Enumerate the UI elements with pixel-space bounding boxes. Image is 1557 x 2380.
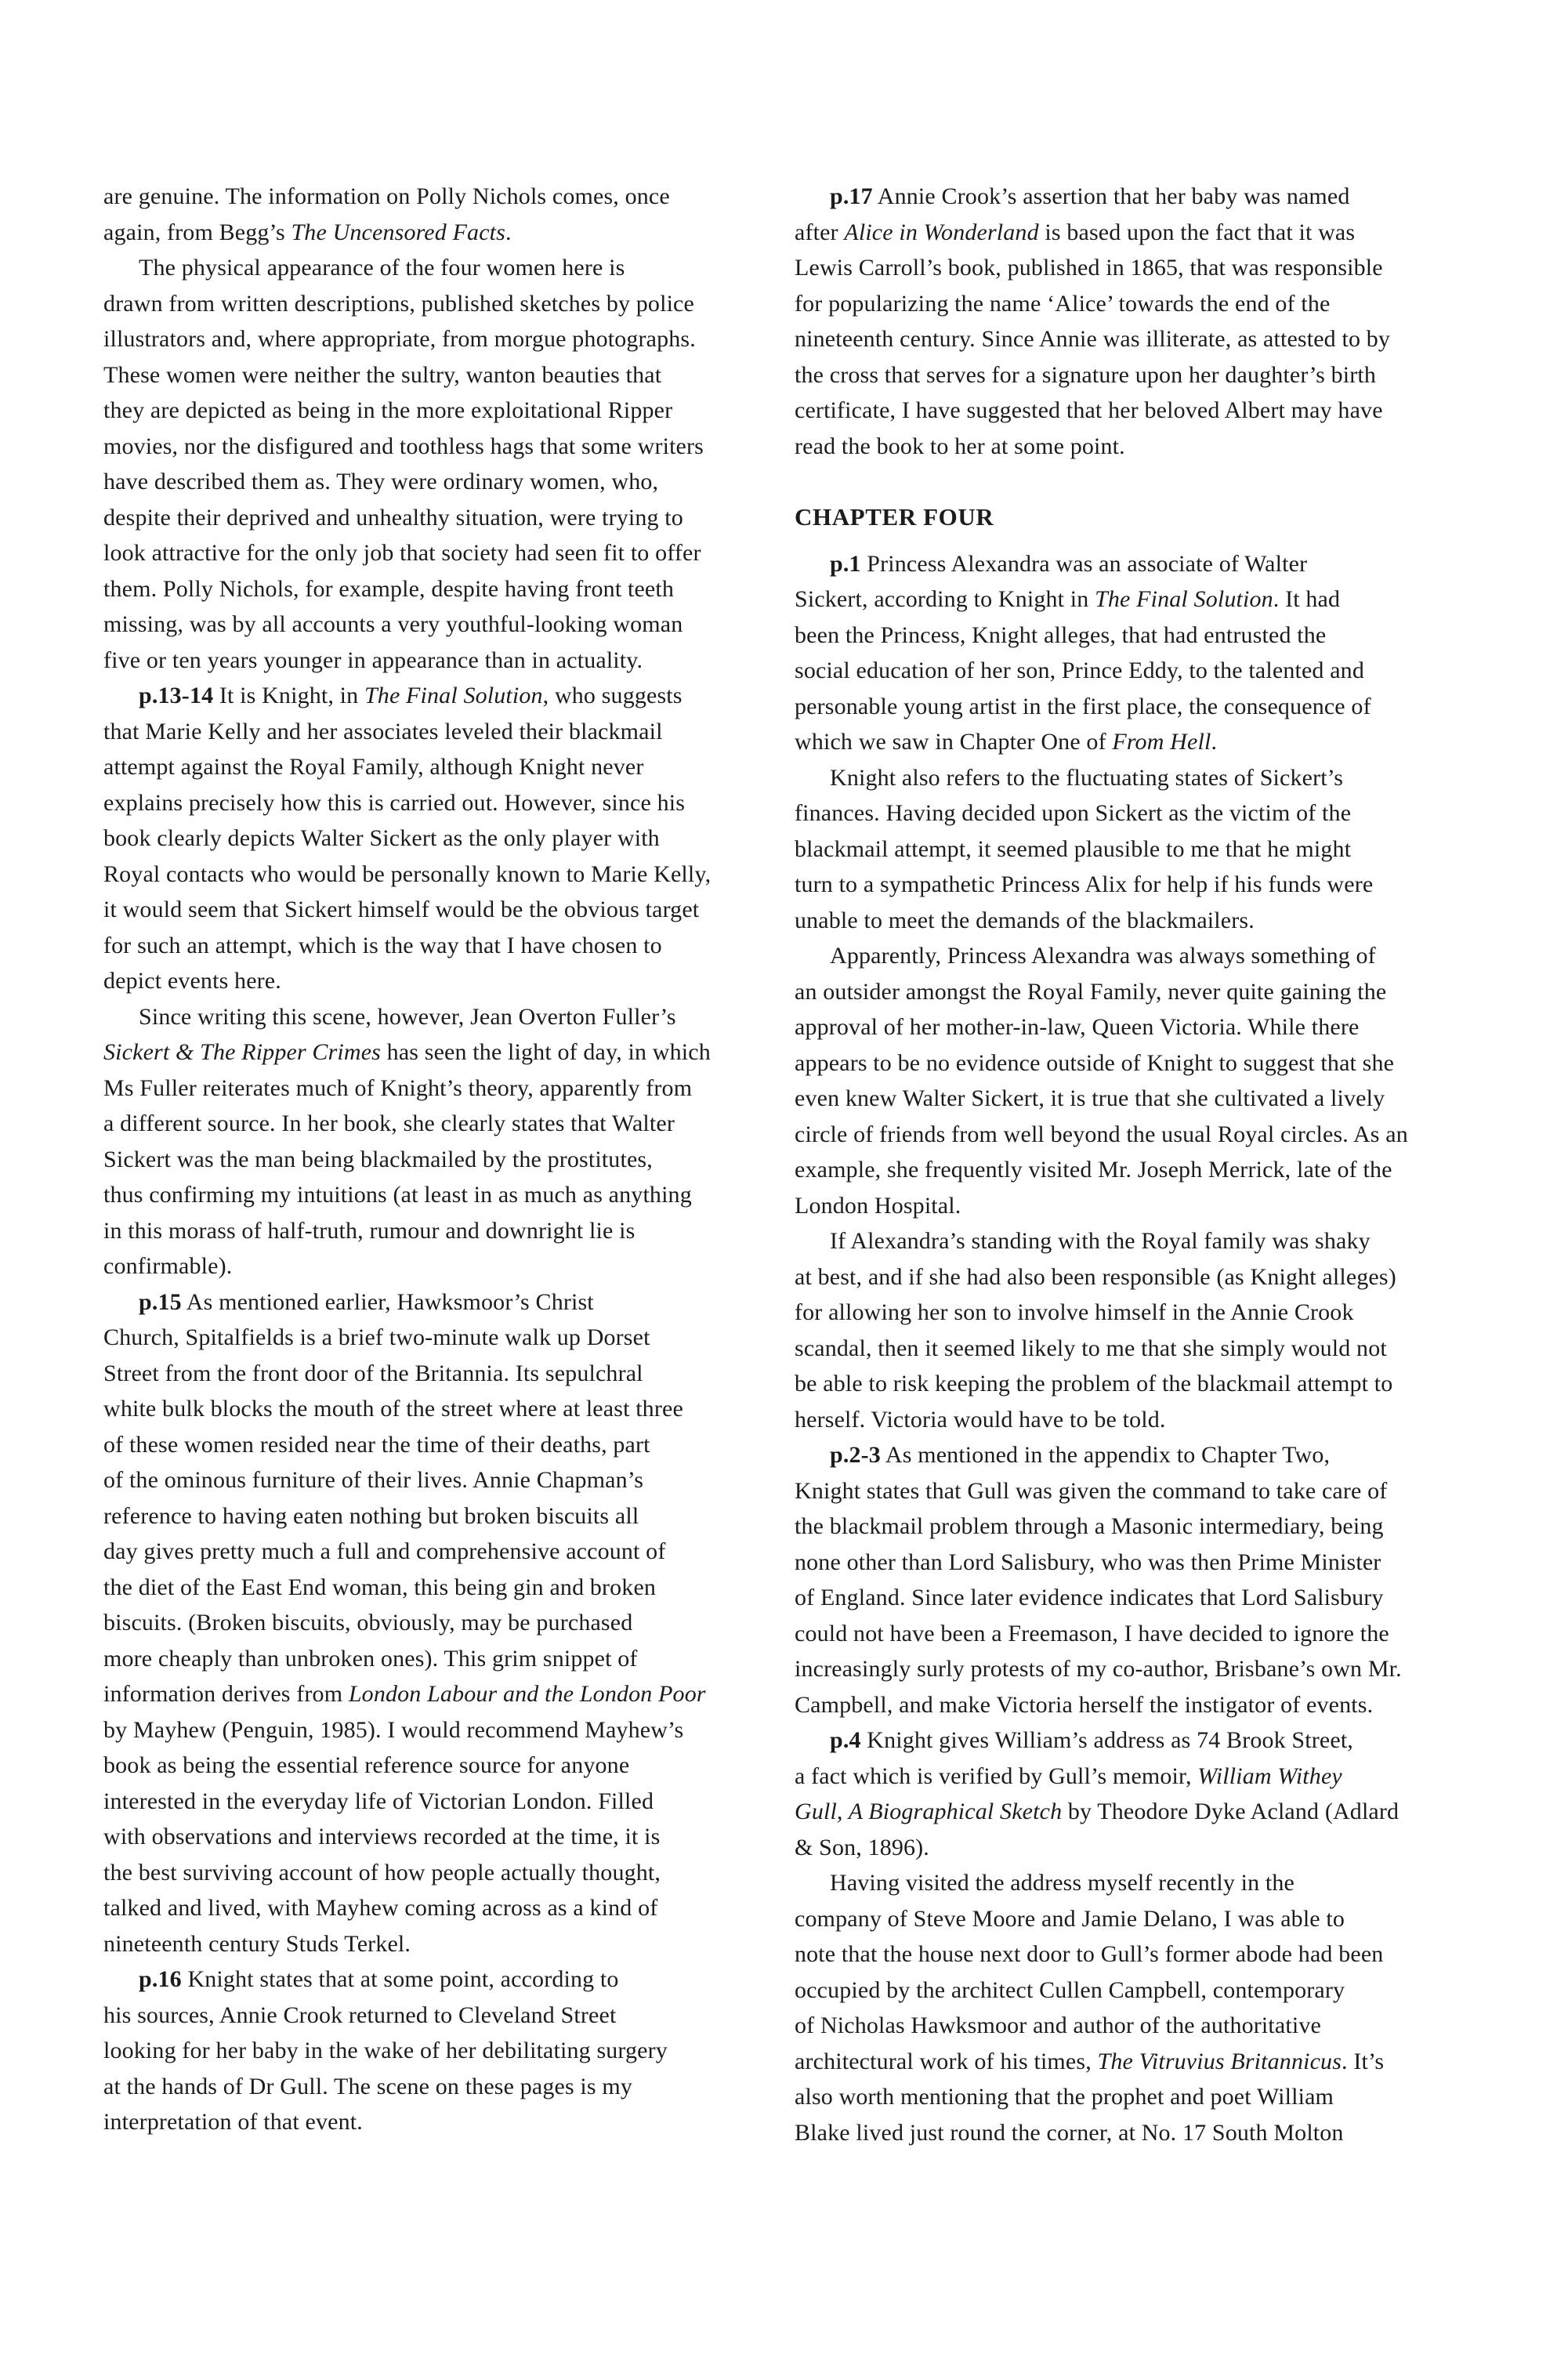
text-line: thus confirming my intuitions (at least … (103, 1177, 809, 1213)
text-run: nineteenth century Studs Terkel. (103, 1931, 411, 1957)
italic-text-run: Gull, A Biographical Sketch (795, 1799, 1062, 1824)
text-run: finances. Having decided upon Sickert as… (795, 800, 1351, 826)
text-line: also worth mentioning that the prophet a… (795, 2079, 1500, 2115)
text-run: also worth mentioning that the prophet a… (795, 2084, 1334, 2110)
text-run: book clearly depicts Walter Sickert as t… (103, 825, 660, 851)
text-run: information derives from (103, 1681, 349, 1707)
text-line: that Marie Kelly and her associates leve… (103, 714, 809, 750)
text-run: they are depicted as being in the more e… (103, 397, 672, 423)
text-line: more cheaply than unbroken ones). This g… (103, 1641, 809, 1677)
text-line: for popularizing the name ‘Alice’ toward… (795, 286, 1500, 322)
text-line: depict events here. (103, 963, 809, 999)
text-line: explains precisely how this is carried o… (103, 785, 809, 821)
text-run: Knight states that Gull was given the co… (795, 1478, 1387, 1504)
text-line: biscuits. (Broken biscuits, obviously, m… (103, 1605, 809, 1641)
text-line: personable young artist in the first pla… (795, 689, 1500, 725)
text-run: These women were neither the sultry, wan… (103, 362, 661, 388)
text-line: information derives from London Labour a… (103, 1676, 809, 1712)
text-run: could not have been a Freemason, I have … (795, 1621, 1389, 1646)
text-line: example, she frequently visited Mr. Jose… (795, 1152, 1500, 1188)
bold-text-run: p.2-3 (830, 1442, 881, 1468)
text-run: appears to be no evidence outside of Kni… (795, 1050, 1394, 1076)
italic-text-run: The Uncensored Facts (291, 219, 505, 245)
text-line: certificate, I have suggested that her b… (795, 393, 1500, 429)
text-line: none other than Lord Salisbury, who was … (795, 1545, 1500, 1581)
bold-text-run: CHAPTER FOUR (795, 503, 994, 531)
text-run: Knight gives William’s address as 74 Bro… (861, 1727, 1353, 1753)
text-run: Knight also refers to the fluctuating st… (830, 765, 1343, 791)
text-line: appears to be no evidence outside of Kni… (795, 1045, 1500, 1081)
text-line: Lewis Carroll’s book, published in 1865,… (795, 250, 1500, 286)
text-run: that Marie Kelly and her associates leve… (103, 719, 663, 744)
text-run: it would seem that Sickert himself would… (103, 897, 699, 922)
text-line: looking for her baby in the wake of her … (103, 2033, 809, 2069)
text-run: movies, nor the disfigured and toothless… (103, 433, 704, 459)
text-line: been the Princess, Knight alleges, that … (795, 618, 1500, 654)
text-line: it would seem that Sickert himself would… (103, 892, 809, 928)
text-line: are genuine. The information on Polly Ni… (103, 179, 809, 215)
text-run: more cheaply than unbroken ones). This g… (103, 1646, 638, 1672)
text-line: could not have been a Freemason, I have … (795, 1616, 1500, 1652)
text-run: white bulk blocks the mouth of the stree… (103, 1396, 683, 1422)
text-line: of these women resided near the time of … (103, 1427, 809, 1463)
bold-text-run: p.13-14 (139, 683, 213, 708)
text-run: of these women resided near the time of … (103, 1432, 650, 1458)
bold-text-run: p.17 (830, 183, 873, 209)
chapter-heading: CHAPTER FOUR (795, 499, 1500, 535)
text-run: for such an attempt, which is the way th… (103, 933, 662, 958)
text-run: are genuine. The information on Polly Ni… (103, 183, 670, 209)
text-run: Blake lived just round the corner, at No… (795, 2120, 1344, 2146)
text-line: The physical appearance of the four wome… (103, 250, 809, 286)
text-run: read the book to her at some point. (795, 433, 1125, 459)
text-line: for allowing her son to involve himself … (795, 1295, 1500, 1331)
text-run: illustrators and, where appropriate, fro… (103, 326, 696, 352)
text-column-left: are genuine. The information on Polly Ni… (103, 179, 809, 2140)
text-line: & Son, 1896). (795, 1830, 1500, 1866)
text-run: talked and lived, with Mayhew coming acr… (103, 1895, 657, 1921)
text-run: Since writing this scene, however, Jean … (139, 1004, 676, 1030)
text-line: the cross that serves for a signature up… (795, 357, 1500, 393)
text-line: his sources, Annie Crook returned to Cle… (103, 1998, 809, 2034)
text-run: & Son, 1896). (795, 1835, 929, 1860)
text-line: with observations and interviews recorde… (103, 1819, 809, 1855)
text-line: Apparently, Princess Alexandra was alway… (795, 938, 1500, 974)
text-line: Ms Fuller reiterates much of Knight’s th… (103, 1070, 809, 1107)
text-run: example, she frequently visited Mr. Jose… (795, 1157, 1392, 1183)
text-line: in this morass of half-truth, rumour and… (103, 1213, 809, 1249)
text-line: the blackmail problem through a Masonic … (795, 1509, 1500, 1545)
italic-text-run: London Labour and the London Poor (349, 1681, 706, 1707)
bold-text-run: p.4 (830, 1727, 861, 1753)
text-line: them. Polly Nichols, for example, despit… (103, 571, 809, 607)
text-line: If Alexandra’s standing with the Royal f… (795, 1223, 1500, 1259)
text-line: approval of her mother-in-law, Queen Vic… (795, 1009, 1500, 1045)
text-run: Annie Crook’s assertion that her baby wa… (873, 183, 1350, 209)
text-line: white bulk blocks the mouth of the stree… (103, 1391, 809, 1427)
text-line: drawn from written descriptions, publish… (103, 286, 809, 322)
text-run: . It had (1273, 586, 1340, 612)
text-run: for allowing her son to involve himself … (795, 1299, 1354, 1325)
text-line: finances. Having decided upon Sickert as… (795, 795, 1500, 831)
text-run: attempt against the Royal Family, althou… (103, 754, 644, 780)
text-run: herself. Victoria would have to be told. (795, 1407, 1166, 1433)
text-line: scandal, then it seemed likely to me tha… (795, 1331, 1500, 1367)
text-line: note that the house next door to Gull’s … (795, 1936, 1500, 1972)
text-line: look attractive for the only job that so… (103, 535, 809, 571)
text-line: company of Steve Moore and Jamie Delano,… (795, 1901, 1500, 1937)
text-line: Since writing this scene, however, Jean … (103, 999, 809, 1035)
text-line: after Alice in Wonderland is based upon … (795, 215, 1500, 251)
text-run: Princess Alexandra was an associate of W… (861, 551, 1308, 577)
text-run: drawn from written descriptions, publish… (103, 291, 694, 317)
text-run: certificate, I have suggested that her b… (795, 397, 1383, 423)
text-run: If Alexandra’s standing with the Royal f… (830, 1228, 1371, 1254)
text-line: reference to having eaten nothing but br… (103, 1498, 809, 1534)
text-run: Lewis Carroll’s book, published in 1865,… (795, 255, 1383, 281)
text-run: been the Princess, Knight alleges, that … (795, 622, 1326, 648)
text-line: despite their deprived and unhealthy sit… (103, 500, 809, 536)
text-run: the cross that serves for a signature up… (795, 362, 1376, 388)
text-run: a different source. In her book, she cle… (103, 1110, 675, 1136)
text-run: have described them as. They were ordina… (103, 469, 658, 494)
text-line: of the ominous furniture of their lives.… (103, 1462, 809, 1498)
text-line: p.17 Annie Crook’s assertion that her ba… (795, 179, 1500, 215)
text-line: Church, Spitalfields is a brief two-minu… (103, 1320, 809, 1356)
text-run: Street from the front door of the Britan… (103, 1360, 643, 1386)
text-line: Royal contacts who would be personally k… (103, 857, 809, 893)
text-line: confirmable). (103, 1248, 809, 1284)
text-line: a different source. In her book, she cle… (103, 1106, 809, 1142)
text-run: the best surviving account of how people… (103, 1860, 661, 1886)
text-run: of England. Since later evidence indicat… (795, 1585, 1384, 1610)
text-run: with observations and interviews recorde… (103, 1824, 660, 1849)
text-run: the diet of the East End woman, this bei… (103, 1574, 656, 1600)
text-line: nineteenth century. Since Annie was illi… (795, 321, 1500, 357)
text-line: Street from the front door of the Britan… (103, 1356, 809, 1392)
text-run: depict events here. (103, 968, 281, 994)
text-line: Sickert was the man being blackmailed by… (103, 1142, 809, 1178)
text-run: circle of friends from well beyond the u… (795, 1121, 1408, 1147)
text-run: As mentioned in the appendix to Chapter … (881, 1442, 1330, 1468)
italic-text-run: From Hell (1112, 729, 1211, 755)
text-line: by Mayhew (Penguin, 1985). I would recom… (103, 1712, 809, 1748)
text-run: Campbell, and make Victoria herself the … (795, 1692, 1373, 1718)
text-run: the blackmail problem through a Masonic … (795, 1513, 1384, 1539)
text-run: of Nicholas Hawksmoor and author of the … (795, 2012, 1321, 2038)
text-line: Having visited the address myself recent… (795, 1865, 1500, 1901)
text-line: of England. Since later evidence indicat… (795, 1580, 1500, 1616)
text-run: architectural work of his times, (795, 2049, 1098, 2074)
text-line: which we saw in Chapter One of From Hell… (795, 724, 1500, 760)
text-line: read the book to her at some point. (795, 429, 1500, 465)
text-line: again, from Begg’s The Uncensored Facts. (103, 215, 809, 251)
text-line: p.15 As mentioned earlier, Hawksmoor’s C… (103, 1284, 809, 1320)
text-run: note that the house next door to Gull’s … (795, 1941, 1383, 1967)
text-run: missing, was by all accounts a very yout… (103, 611, 683, 637)
text-run: turn to a sympathetic Princess Alix for … (795, 871, 1373, 897)
text-run: As mentioned earlier, Hawksmoor’s Christ (182, 1289, 594, 1315)
text-line: circle of friends from well beyond the u… (795, 1117, 1500, 1153)
text-line: unable to meet the demands of the blackm… (795, 903, 1500, 939)
text-line: p.16 Knight states that at some point, a… (103, 1962, 809, 1998)
text-line: book as being the essential reference so… (103, 1748, 809, 1784)
text-run: biscuits. (Broken biscuits, obviously, m… (103, 1610, 632, 1636)
text-run: of the ominous furniture of their lives.… (103, 1467, 643, 1493)
italic-text-run: The Final Solution (1095, 586, 1273, 612)
text-line: attempt against the Royal Family, althou… (103, 749, 809, 785)
text-run: . It’s (1342, 2049, 1384, 2074)
text-run: for popularizing the name ‘Alice’ toward… (795, 291, 1330, 317)
text-line: occupied by the architect Cullen Campbel… (795, 1972, 1500, 2009)
text-line: the diet of the East End woman, this bei… (103, 1570, 809, 1606)
text-run: Royal contacts who would be personally k… (103, 861, 711, 887)
text-line: the best surviving account of how people… (103, 1855, 809, 1891)
text-run: , who suggests (543, 683, 683, 708)
text-line: even knew Walter Sickert, it is true tha… (795, 1081, 1500, 1117)
text-run: a fact which is verified by Gull’s memoi… (795, 1763, 1197, 1789)
text-line: for such an attempt, which is the way th… (103, 928, 809, 964)
text-line: Sickert & The Ripper Crimes has seen the… (103, 1034, 809, 1070)
text-run: confirmable). (103, 1253, 232, 1279)
text-run: day gives pretty much a full and compreh… (103, 1538, 665, 1564)
text-run: explains precisely how this is carried o… (103, 790, 685, 816)
text-line: p.4 Knight gives William’s address as 74… (795, 1723, 1500, 1759)
text-run: an outsider amongst the Royal Family, ne… (795, 979, 1386, 1005)
text-line: London Hospital. (795, 1188, 1500, 1224)
text-run: Ms Fuller reiterates much of Knight’s th… (103, 1075, 692, 1101)
text-run: Sickert was the man being blackmailed by… (103, 1147, 653, 1172)
text-run: increasingly surly protests of my co-aut… (795, 1656, 1402, 1682)
text-line: have described them as. They were ordina… (103, 464, 809, 500)
text-column-right: p.17 Annie Crook’s assertion that her ba… (795, 179, 1500, 2150)
text-run: approval of her mother-in-law, Queen Vic… (795, 1014, 1359, 1040)
text-line: illustrators and, where appropriate, fro… (103, 321, 809, 357)
text-line: they are depicted as being in the more e… (103, 393, 809, 429)
text-line: movies, nor the disfigured and toothless… (103, 429, 809, 465)
italic-text-run: The Final Solution (364, 683, 543, 708)
text-run: looking for her baby in the wake of her … (103, 2038, 668, 2063)
text-line: p.2-3 As mentioned in the appendix to Ch… (795, 1437, 1500, 1473)
text-line: social education of her son, Prince Eddy… (795, 653, 1500, 689)
text-run: again, from Begg’s (103, 219, 291, 245)
text-run: Church, Spitalfields is a brief two-minu… (103, 1324, 650, 1350)
text-line: nineteenth century Studs Terkel. (103, 1926, 809, 1962)
text-line: an outsider amongst the Royal Family, ne… (795, 974, 1500, 1010)
text-run: none other than Lord Salisbury, who was … (795, 1549, 1381, 1575)
italic-text-run: The Vitruvius Britannicus (1098, 2049, 1342, 2074)
bold-text-run: p.16 (139, 1966, 182, 1992)
text-line: of Nicholas Hawksmoor and author of the … (795, 2008, 1500, 2044)
book-page: are genuine. The information on Polly Ni… (0, 0, 1557, 2380)
text-run: Sickert, according to Knight in (795, 586, 1095, 612)
text-line: These women were neither the sultry, wan… (103, 357, 809, 393)
text-run: nineteenth century. Since Annie was illi… (795, 326, 1390, 352)
text-line: Campbell, and make Victoria herself the … (795, 1687, 1500, 1723)
text-line: Blake lived just round the corner, at No… (795, 2115, 1500, 2151)
text-line: Knight states that Gull was given the co… (795, 1473, 1500, 1509)
text-line: p.13-14 It is Knight, in The Final Solut… (103, 678, 809, 714)
text-run: five or ten years younger in appearance … (103, 647, 643, 673)
text-line: be able to risk keeping the problem of t… (795, 1366, 1500, 1402)
text-run: occupied by the architect Cullen Campbel… (795, 1977, 1345, 2003)
text-run: London Hospital. (795, 1193, 961, 1219)
italic-text-run: Alice in Wonderland (844, 219, 1038, 245)
text-run: unable to meet the demands of the blackm… (795, 907, 1255, 933)
text-run: at best, and if she had also been respon… (795, 1264, 1396, 1290)
text-run: book as being the essential reference so… (103, 1752, 629, 1778)
text-run: after (795, 219, 844, 245)
text-run: personable young artist in the first pla… (795, 694, 1371, 719)
text-run: blackmail attempt, it seemed plausible t… (795, 836, 1351, 862)
text-line: book clearly depicts Walter Sickert as t… (103, 821, 809, 857)
text-line: p.1 Princess Alexandra was an associate … (795, 546, 1500, 582)
text-line: interested in the everyday life of Victo… (103, 1784, 809, 1820)
text-run: his sources, Annie Crook returned to Cle… (103, 2002, 616, 2028)
text-line: Sickert, according to Knight in The Fina… (795, 581, 1500, 618)
text-run: The physical appearance of the four wome… (139, 255, 625, 281)
text-run: look attractive for the only job that so… (103, 540, 701, 566)
text-line: turn to a sympathetic Princess Alix for … (795, 867, 1500, 903)
text-run: by Mayhew (Penguin, 1985). I would recom… (103, 1717, 683, 1743)
text-run: Apparently, Princess Alexandra was alway… (830, 943, 1376, 969)
text-line: blackmail attempt, it seemed plausible t… (795, 831, 1500, 868)
text-run: reference to having eaten nothing but br… (103, 1503, 639, 1529)
text-line: architectural work of his times, The Vit… (795, 2044, 1500, 2080)
text-line: at the hands of Dr Gull. The scene on th… (103, 2069, 809, 2105)
text-line: Knight also refers to the fluctuating st… (795, 760, 1500, 796)
text-run: them. Polly Nichols, for example, despit… (103, 576, 674, 602)
text-line: five or ten years younger in appearance … (103, 643, 809, 679)
text-run: . (1211, 729, 1217, 755)
italic-text-run: William Withey (1197, 1763, 1342, 1789)
text-line: at best, and if she had also been respon… (795, 1259, 1500, 1295)
italic-text-run: Sickert & The Ripper Crimes (103, 1039, 381, 1065)
text-run: has seen the light of day, in which (381, 1039, 711, 1065)
text-run: which we saw in Chapter One of (795, 729, 1112, 755)
text-run: . (505, 219, 512, 245)
text-run: It is Knight, in (213, 683, 364, 708)
text-line: Gull, A Biographical Sketch by Theodore … (795, 1794, 1500, 1830)
text-run: be able to risk keeping the problem of t… (795, 1371, 1392, 1396)
text-line: day gives pretty much a full and compreh… (103, 1534, 809, 1570)
text-line: herself. Victoria would have to be told. (795, 1402, 1500, 1438)
text-run: Having visited the address myself recent… (830, 1870, 1294, 1896)
text-run: company of Steve Moore and Jamie Delano,… (795, 1906, 1345, 1932)
text-run: interpretation of that event. (103, 2109, 363, 2135)
text-run: by Theodore Dyke Acland (Adlard (1062, 1799, 1399, 1824)
text-run: is based upon the fact that it was (1039, 219, 1355, 245)
bold-text-run: p.1 (830, 551, 861, 577)
text-run: in this morass of half-truth, rumour and… (103, 1218, 635, 1244)
text-line: increasingly surly protests of my co-aut… (795, 1651, 1500, 1687)
text-run: interested in the everyday life of Victo… (103, 1788, 654, 1814)
text-run: thus confirming my intuitions (at least … (103, 1182, 692, 1208)
text-line: interpretation of that event. (103, 2104, 809, 2140)
text-line: missing, was by all accounts a very yout… (103, 607, 809, 643)
text-run: scandal, then it seemed likely to me tha… (795, 1335, 1387, 1361)
bold-text-run: p.15 (139, 1289, 182, 1315)
text-run: social education of her son, Prince Eddy… (795, 657, 1364, 683)
text-run: even knew Walter Sickert, it is true tha… (795, 1085, 1385, 1111)
text-line: a fact which is verified by Gull’s memoi… (795, 1759, 1500, 1795)
text-run: Knight states that at some point, accord… (182, 1966, 619, 1992)
text-line: talked and lived, with Mayhew coming acr… (103, 1890, 809, 1926)
text-run: at the hands of Dr Gull. The scene on th… (103, 2074, 632, 2099)
text-run: despite their deprived and unhealthy sit… (103, 505, 683, 531)
